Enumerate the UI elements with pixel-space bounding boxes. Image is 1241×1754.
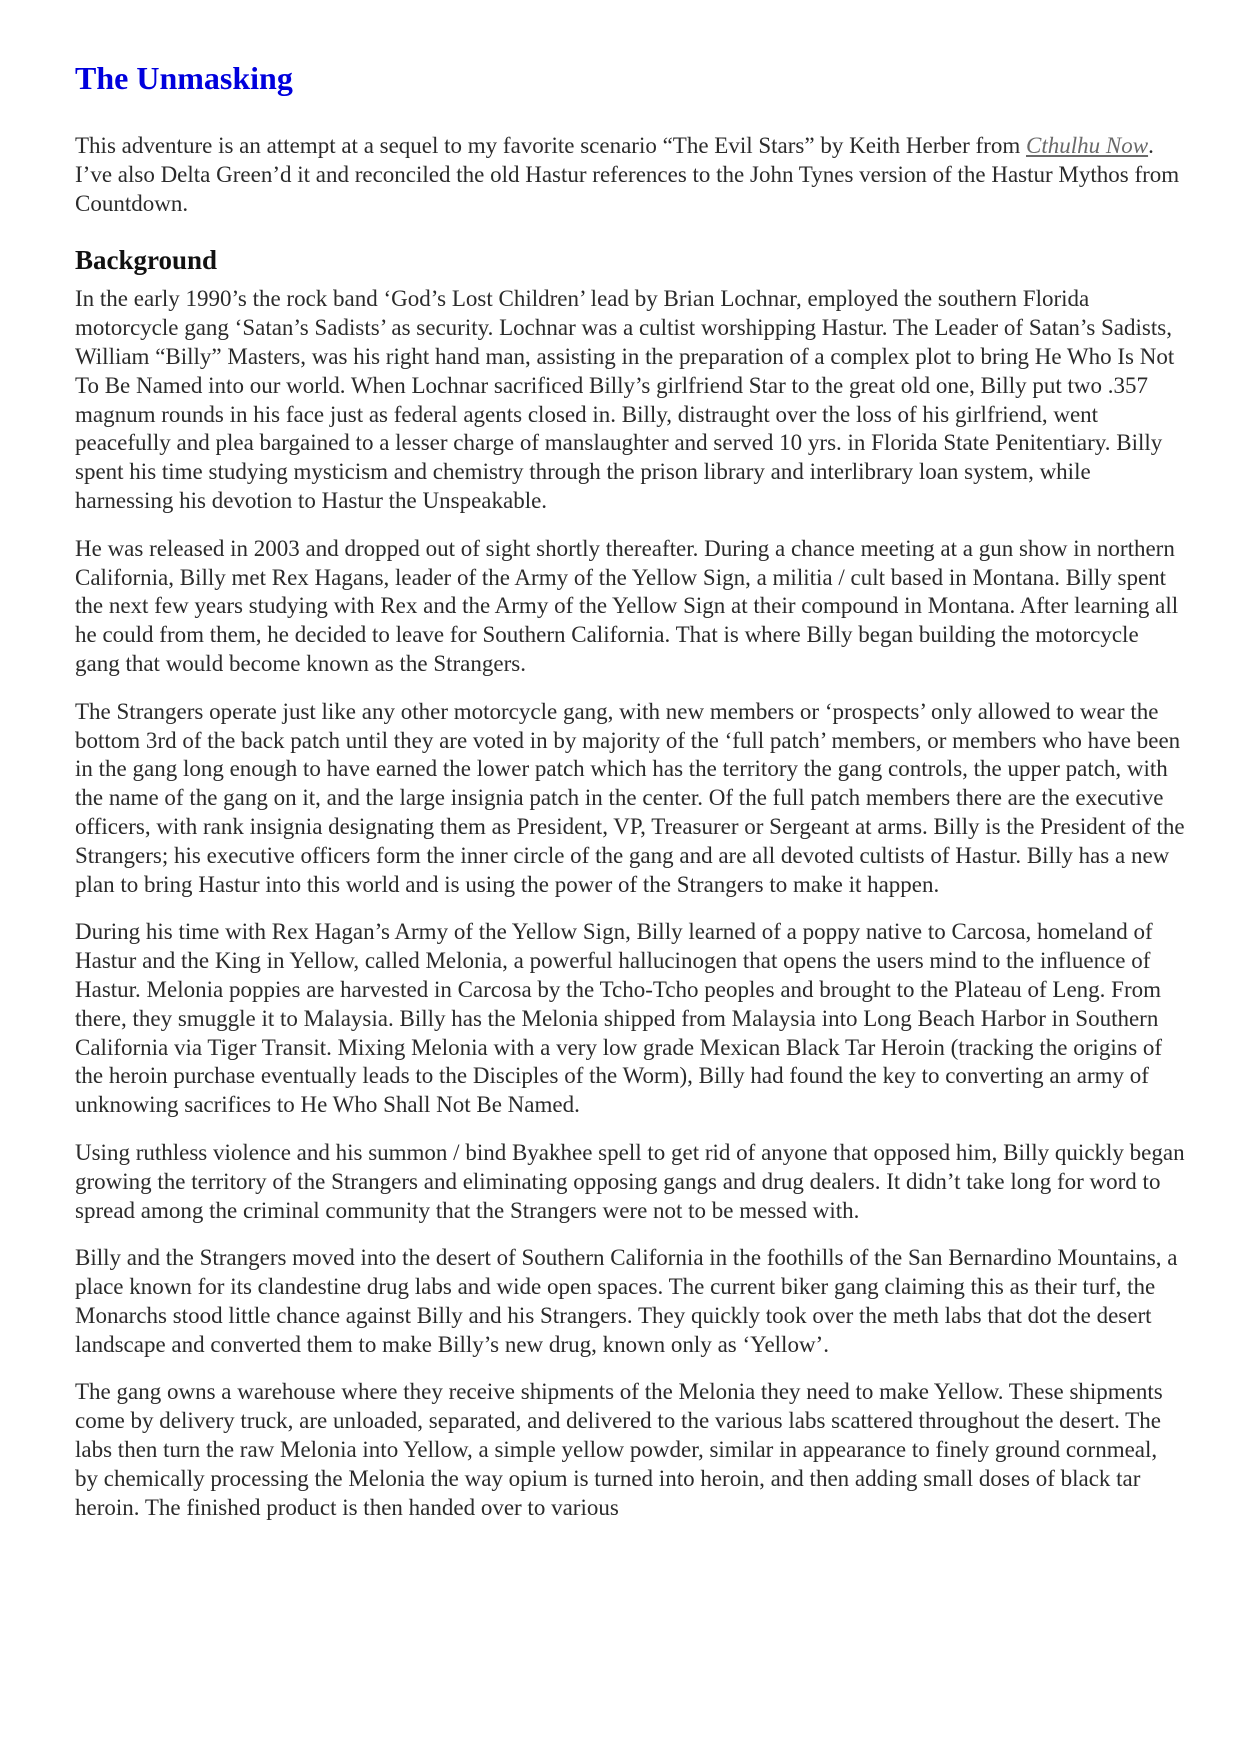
background-paragraph-1: In the early 1990’s the rock band ‘God’s… bbox=[75, 285, 1185, 515]
background-paragraph-4: During his time with Rex Hagan’s Army of… bbox=[75, 918, 1185, 1120]
background-paragraph-7: The gang owns a warehouse where they rec… bbox=[75, 1378, 1185, 1522]
background-paragraph-2: He was released in 2003 and dropped out … bbox=[75, 535, 1185, 679]
document-title: The Unmasking bbox=[75, 58, 1181, 98]
background-paragraph-6: Billy and the Strangers moved into the d… bbox=[75, 1244, 1185, 1359]
cthulhu-now-link[interactable]: Cthulhu Now bbox=[1026, 133, 1148, 158]
intro-text-before-link: This adventure is an attempt at a sequel… bbox=[75, 133, 1026, 158]
intro-paragraph: This adventure is an attempt at a sequel… bbox=[75, 132, 1185, 218]
background-paragraph-5: Using ruthless violence and his summon /… bbox=[75, 1139, 1185, 1225]
section-heading-background: Background bbox=[75, 244, 1181, 276]
background-paragraph-3: The Strangers operate just like any othe… bbox=[75, 698, 1185, 900]
document-page: The Unmasking This adventure is an attem… bbox=[0, 0, 1241, 1754]
